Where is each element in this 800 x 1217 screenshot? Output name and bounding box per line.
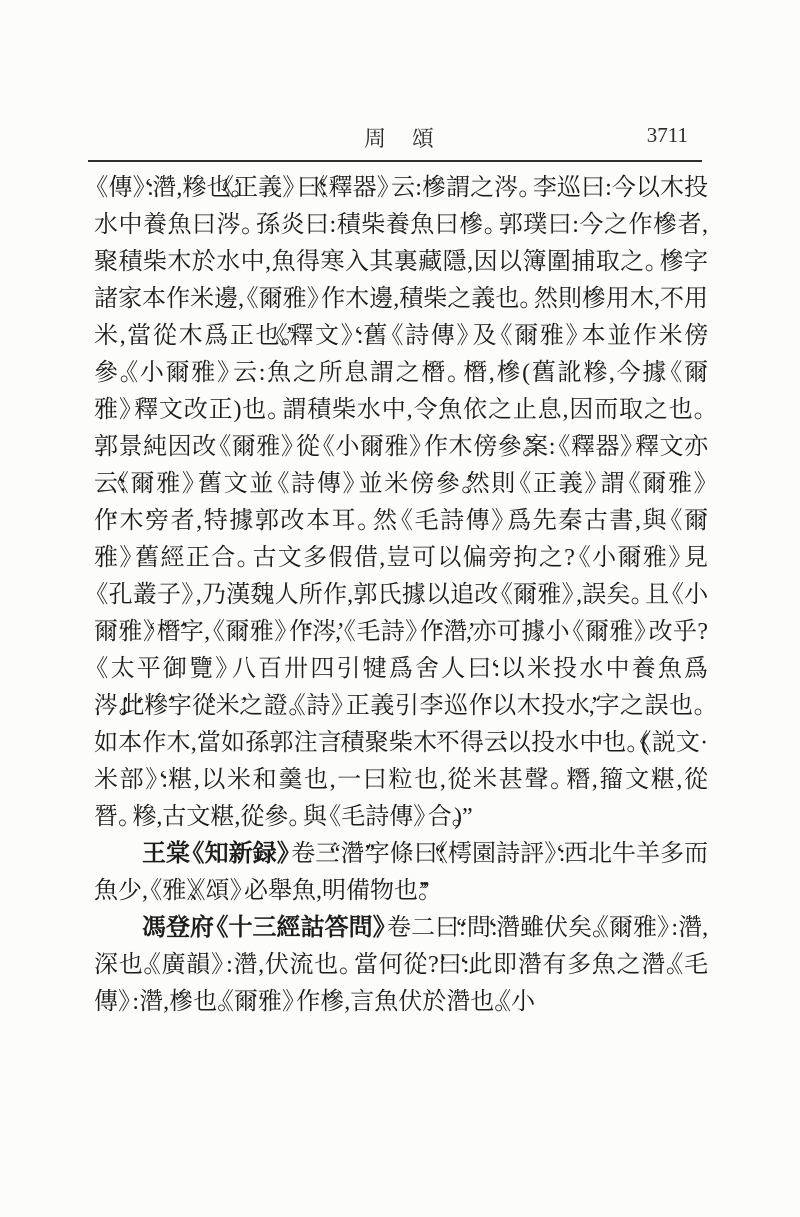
punctuation: 》 bbox=[405, 619, 429, 645]
punctuation: ‘ bbox=[158, 767, 166, 793]
punctuation: 》 bbox=[119, 397, 144, 423]
punctuation: 。 bbox=[461, 471, 475, 497]
punctuation: 》 bbox=[282, 989, 306, 1015]
punctuation: 》 bbox=[282, 175, 306, 201]
punctuation: 》 bbox=[413, 804, 437, 830]
punctuation: ’ bbox=[439, 952, 447, 978]
punctuation: 》 bbox=[409, 434, 434, 460]
paragraph: 馮登府《十三經詁答問》卷二曰:“問:‘濳雖伏矣。《爾雅》:濳,深也。《廣韻》:濳… bbox=[94, 910, 708, 1021]
punctuation: ‘ bbox=[556, 841, 564, 867]
punctuation: 》 bbox=[331, 693, 356, 719]
emphasis-text: 王棠《知新録》 bbox=[142, 841, 291, 867]
punctuation: “ bbox=[456, 915, 467, 941]
punctuation: 。 bbox=[339, 952, 364, 978]
punctuation: 。 bbox=[550, 767, 576, 793]
punctuation: 。 bbox=[237, 545, 262, 571]
punctuation: 《 bbox=[561, 619, 585, 645]
punctuation: 《 bbox=[84, 175, 108, 201]
punctuation: ‘ bbox=[144, 175, 152, 201]
punctuation: 。 bbox=[447, 360, 473, 386]
punctuation: 》 bbox=[230, 878, 254, 904]
punctuation: ‘ bbox=[499, 730, 507, 756]
punctuation: 《 bbox=[194, 878, 206, 904]
punctuation: ‘ bbox=[135, 693, 143, 719]
punctuation: 《 bbox=[201, 619, 226, 645]
punctuation: ’ bbox=[181, 619, 189, 645]
punctuation: 《 bbox=[659, 508, 685, 534]
punctuation: 》 bbox=[377, 175, 401, 201]
emphasis-text: 馮登府《十三經詁答問》 bbox=[142, 915, 387, 941]
punctuation: ” bbox=[462, 804, 473, 830]
punctuation: 》 bbox=[491, 508, 517, 534]
punctuation: 《 bbox=[149, 952, 162, 978]
punctuation: 》 bbox=[584, 471, 610, 497]
punctuation: 》 bbox=[281, 434, 306, 460]
punctuation: 《 bbox=[671, 952, 684, 978]
punctuation: 《 bbox=[222, 989, 234, 1015]
punctuation: ’ bbox=[233, 175, 241, 201]
punctuation: ‘ bbox=[304, 619, 312, 645]
punctuation: 《 bbox=[489, 582, 513, 608]
punctuation: 《 bbox=[84, 582, 108, 608]
punctuation: ’ bbox=[525, 434, 533, 460]
punctuation: 》 bbox=[217, 360, 243, 386]
punctuation: 。 bbox=[518, 175, 542, 201]
punctuation: 《 bbox=[436, 841, 448, 867]
punctuation: 《 bbox=[235, 286, 259, 312]
punctuation: 《 bbox=[317, 804, 341, 830]
punctuation: 》 bbox=[118, 989, 142, 1015]
punctuation: 《 bbox=[207, 434, 232, 460]
punctuation: 》 bbox=[561, 582, 585, 608]
punctuation: 《 bbox=[331, 619, 356, 645]
punctuation: ‘ bbox=[354, 323, 362, 349]
punctuation: 》 bbox=[182, 471, 208, 497]
punctuation: 》 bbox=[181, 582, 205, 608]
punctuation: 《 bbox=[507, 471, 533, 497]
punctuation: 》 bbox=[456, 323, 482, 349]
punctuation: 《 bbox=[565, 545, 592, 571]
punctuation: 《 bbox=[126, 360, 140, 386]
punctuation: ” bbox=[364, 841, 375, 867]
punctuation: ’ bbox=[122, 693, 130, 719]
punctuation: 《 bbox=[222, 175, 234, 201]
punctuation: 》 bbox=[343, 471, 369, 497]
punctuation: ‘ bbox=[484, 693, 492, 719]
punctuation: ‘ bbox=[207, 693, 215, 719]
punctuation: 《 bbox=[204, 915, 228, 941]
punctuation: 《 bbox=[379, 323, 405, 349]
punctuation: 》 bbox=[307, 286, 331, 312]
punctuation: ’ bbox=[145, 508, 153, 534]
punctuation: 《 bbox=[138, 878, 162, 904]
punctuation: 》 bbox=[274, 619, 298, 645]
book-page: 周 頌 3711 《傳》:‘濳,糝也。’《正義》曰:‘《釋器》云:槮謂之涔。李巡… bbox=[0, 0, 800, 1217]
punctuation: ’ bbox=[465, 471, 473, 497]
punctuation: 《 bbox=[546, 434, 571, 460]
punctuation: 。 bbox=[357, 508, 383, 534]
punctuation: 。 bbox=[631, 582, 655, 608]
punctuation: ’ bbox=[604, 730, 612, 756]
punctuation: 》 bbox=[620, 434, 645, 460]
punctuation: ‘ bbox=[491, 656, 499, 682]
punctuation: 《 bbox=[294, 693, 307, 719]
punctuation: ‘ bbox=[435, 619, 443, 645]
punctuation: ‘ bbox=[460, 952, 468, 978]
page-header: 周 頌 3711 bbox=[0, 122, 800, 148]
punctuation: 《 bbox=[389, 508, 415, 534]
punctuation: 》 bbox=[215, 656, 241, 682]
punctuation: 《 bbox=[658, 360, 684, 386]
punctuation: 《 bbox=[660, 582, 684, 608]
punctuation: ‘ bbox=[332, 730, 340, 756]
header-rule bbox=[88, 160, 702, 162]
punctuation: 。 bbox=[694, 693, 718, 719]
punctuation: 《 bbox=[84, 656, 110, 682]
punctuation: 。 bbox=[118, 804, 142, 830]
text-run: 《傳》:‘濳,糝也。’《正義》曰:‘《釋器》云:槮謂之涔。李巡曰:今以木投水中養… bbox=[94, 175, 708, 830]
punctuation: 》 bbox=[657, 915, 681, 941]
punctuation: 《 bbox=[639, 730, 651, 756]
punctuation: 《 bbox=[617, 471, 643, 497]
punctuation: ’ bbox=[240, 693, 248, 719]
punctuation: 《 bbox=[499, 989, 511, 1015]
punctuation: 《 bbox=[311, 434, 336, 460]
punctuation: 《 bbox=[274, 323, 289, 349]
punctuation: ‘ bbox=[148, 619, 156, 645]
punctuation: 。 bbox=[241, 212, 266, 238]
punctuation: 。 bbox=[694, 397, 718, 423]
punctuation: 》 bbox=[211, 952, 236, 978]
punctuation: 。 bbox=[288, 804, 312, 830]
punctuation: ’ bbox=[590, 693, 598, 719]
punctuation: 《 bbox=[115, 471, 130, 497]
punctuation: 》 bbox=[119, 545, 144, 571]
punctuation: ‘ bbox=[488, 915, 496, 941]
punctuation: 》 bbox=[143, 619, 167, 645]
punctuation: 《 bbox=[316, 175, 328, 201]
punctuation: 。 bbox=[119, 693, 132, 719]
punctuation: 。 bbox=[645, 249, 669, 275]
punctuation: 。 bbox=[519, 286, 543, 312]
punctuation: 。 bbox=[522, 434, 535, 460]
punctuation: 》 bbox=[566, 323, 592, 349]
punctuation: ’ bbox=[468, 619, 476, 645]
punctuation: 》 bbox=[694, 471, 718, 497]
punctuation: “ bbox=[330, 841, 341, 867]
punctuation: ‘ bbox=[110, 508, 118, 534]
punctuation: ’ bbox=[437, 730, 445, 756]
punctuation: 。 bbox=[267, 397, 292, 423]
page-number: 3711 bbox=[647, 123, 688, 148]
paragraph: 王棠《知新録》卷三“濳”字條曰:“《樗園詩評》:‘西北牛羊多而魚少,《雅》、《頌… bbox=[94, 836, 708, 910]
punctuation: ” bbox=[419, 878, 430, 904]
page-body: 《傳》:‘濳,糝也。’《正義》曰:‘《釋器》云:槮謂之涔。李巡曰:今以木投水中養… bbox=[94, 170, 708, 1021]
punctuation: 《 bbox=[265, 471, 291, 497]
punctuation: 《 bbox=[181, 841, 205, 867]
punctuation: 《 bbox=[597, 915, 609, 941]
punctuation: 》 bbox=[634, 619, 658, 645]
punctuation: 》 bbox=[668, 545, 693, 571]
paragraph: 《傳》:‘濳,糝也。’《正義》曰:‘《釋器》云:槮謂之涔。李巡曰:今以木投水中養… bbox=[94, 170, 708, 836]
punctuation: 。 bbox=[484, 212, 509, 238]
punctuation: ’ bbox=[169, 693, 177, 719]
punctuation: 《 bbox=[489, 323, 515, 349]
